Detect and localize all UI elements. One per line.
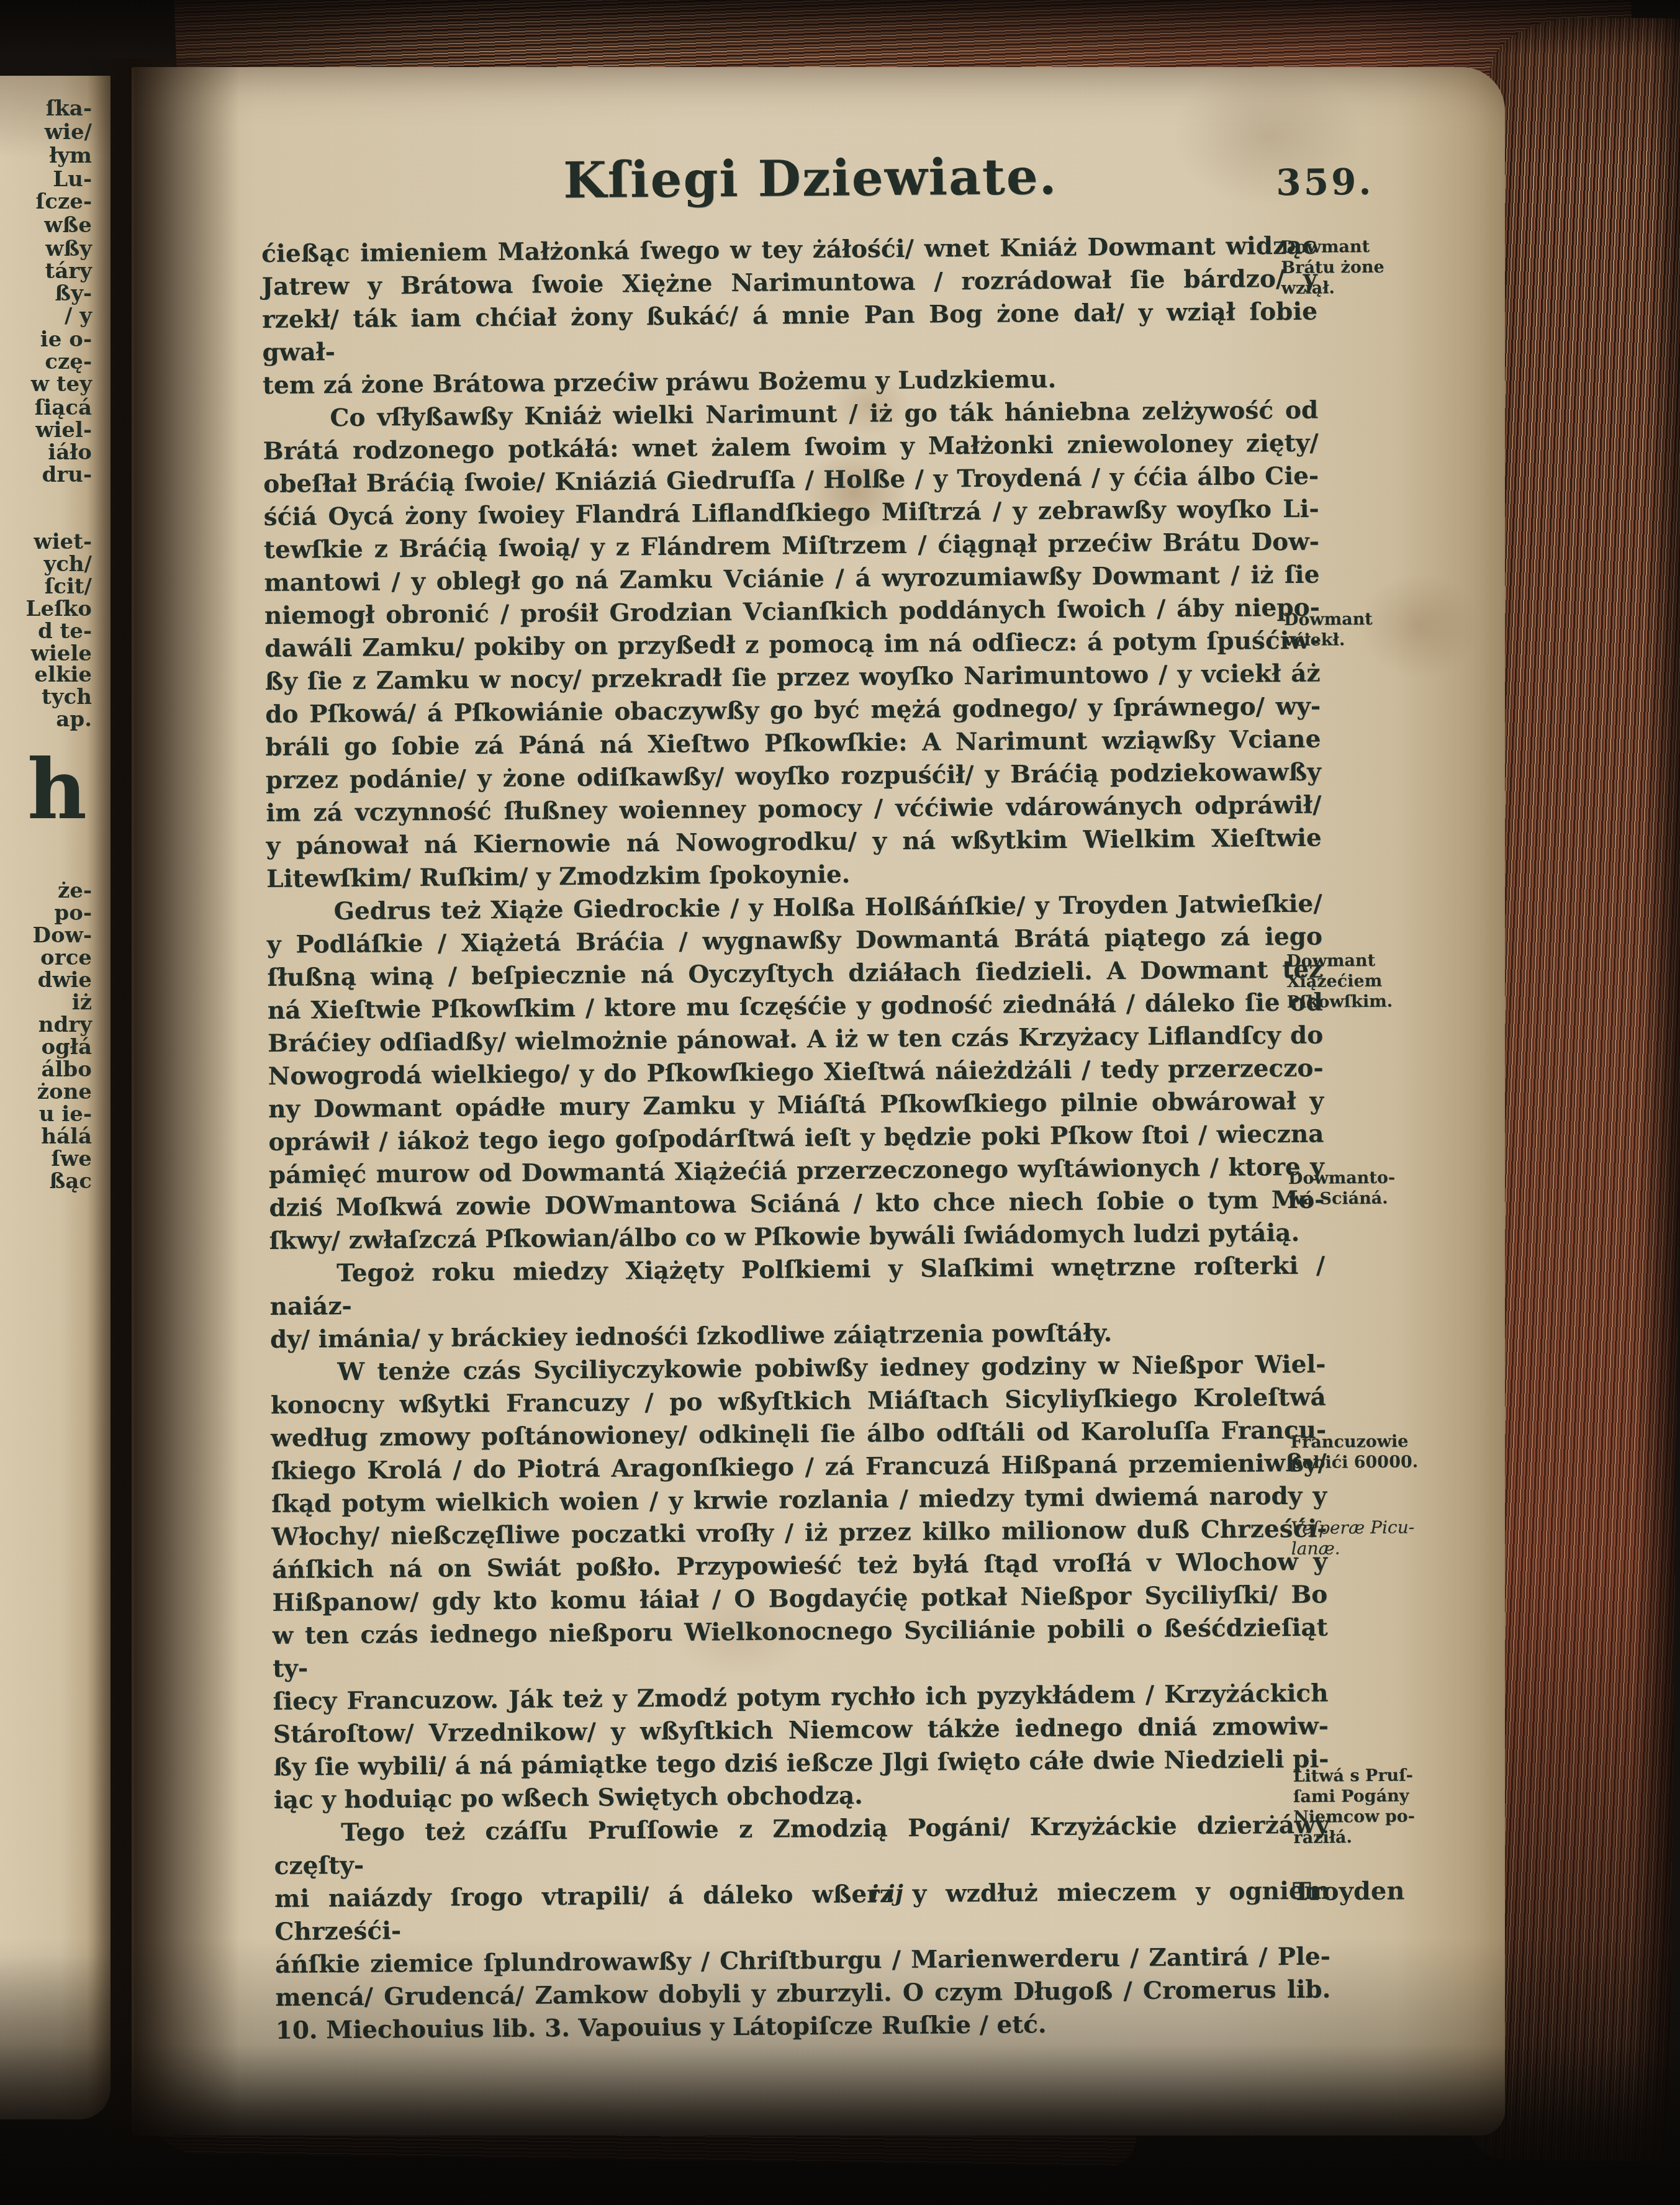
margin-note-line: Francuzowie: [1290, 1431, 1489, 1453]
margin-note-line: ráziłá.: [1293, 1826, 1492, 1849]
margin-note: Veſperæ Picu-lanæ.: [1291, 1517, 1490, 1559]
margin-note-line: Dowmant: [1284, 608, 1483, 631]
facing-page-text-fragment: wiet-: [34, 531, 92, 553]
margin-note-line: lanæ.: [1291, 1537, 1490, 1559]
facing-page-text-fragment: wie/: [45, 121, 92, 143]
facing-page-text-fragment: ſwe: [51, 1148, 92, 1170]
margin-note: Dowmanto-wá Sciáná.: [1288, 1167, 1488, 1210]
facing-page-text-fragment: táry: [45, 260, 92, 282]
margin-note: Dowmantvćiekł.: [1284, 608, 1483, 651]
page-content: Kſiegi Dziewiate. 359. ćießąc imieniem M…: [124, 61, 1513, 2140]
facing-page-text-fragment: ndry: [38, 1014, 92, 1036]
gathering-signature-mark: i ij: [870, 1880, 903, 1906]
facing-page-text-fragment: Lu-: [53, 168, 92, 191]
facing-page-text-fragment: ßąc: [49, 1170, 92, 1193]
facing-page-text-fragment: Dow-: [32, 924, 92, 947]
facing-page-text-fragment: ogłá: [41, 1036, 92, 1058]
facing-page-text-fragment: dru-: [42, 464, 92, 486]
facing-page-text-fragment: po-: [54, 902, 92, 924]
facing-page-text-fragment: h: [27, 749, 87, 831]
margin-note-line: Litwá s Pruſ-: [1293, 1765, 1491, 1787]
facing-page-text-fragment: łym: [49, 145, 92, 167]
facing-page-text-fragment: ſcze-: [36, 191, 92, 213]
facing-page-text-fragment: álbo: [42, 1058, 92, 1081]
facing-page-text-fragment: czę-: [45, 351, 92, 373]
facing-page-text-fragment: u ie-: [39, 1103, 92, 1125]
margin-note-line: Brátu żone: [1281, 256, 1479, 279]
margin-note-line: pobići 60000.: [1290, 1451, 1489, 1474]
margin-note: DowmantBrátu żonewziął.: [1281, 236, 1480, 299]
facing-page-text-fragment: orce: [40, 947, 92, 969]
margin-note: Litwá s Pruſ-ſami PogányNiemcow po-ráził…: [1293, 1765, 1492, 1849]
facing-page-text-fragment: że-: [58, 880, 92, 902]
facing-page-text-fragment: wiel-: [35, 419, 92, 441]
facing-page-text-fragment: ßy-: [55, 282, 92, 305]
facing-page-text-fragment: ſiącá: [35, 397, 92, 419]
margin-note-line: ſami Pogány: [1293, 1785, 1492, 1808]
margin-note-line: Veſperæ Picu-: [1291, 1517, 1489, 1539]
margin-note-line: Pſkowſkim.: [1287, 991, 1486, 1013]
facing-page-text-fragment: tych: [42, 686, 92, 708]
facing-page-text-fragment: wße: [44, 214, 92, 237]
margin-notes: DowmantBrátu żonewziął.Dowmantvćiekł.Dow…: [124, 61, 1513, 2140]
facing-page-text-fragment: ap.: [56, 708, 92, 731]
margin-note-line: Dowmanto-: [1288, 1167, 1487, 1189]
facing-page-text-fragment: iż: [72, 991, 92, 1014]
book-page: Kſiegi Dziewiate. 359. ćießąc imieniem M…: [132, 67, 1505, 2135]
facing-page-sliver: ſka-wie/łymLu-ſcze-wßewßytáryßy-/ yie o-…: [0, 76, 111, 2119]
facing-page-text-fragment: wiele: [31, 643, 92, 665]
margin-note-line: wá Sciáná.: [1288, 1188, 1487, 1210]
catchword: Troyden: [1293, 1877, 1405, 1906]
margin-note-line: Niemcow po-: [1293, 1806, 1492, 1828]
facing-page-text-fragment: w tey: [31, 373, 92, 395]
left-page-fragments: ſka-wie/łymLu-ſcze-wßewßytáryßy-/ yie o-…: [0, 76, 111, 2119]
facing-page-text-fragment: żone: [37, 1081, 92, 1103]
margin-note-line: Xiążećiem: [1286, 970, 1485, 993]
facing-page-text-fragment: dwie: [37, 969, 92, 991]
margin-note: DowmantXiążećiemPſkowſkim.: [1286, 950, 1486, 1013]
margin-note-line: wziął.: [1281, 277, 1480, 299]
facing-page-text-fragment: elkie: [34, 664, 92, 686]
facing-page-text-fragment: d te-: [38, 620, 92, 643]
facing-page-text-fragment: / y: [65, 305, 92, 327]
signature-row: i ij Troyden: [274, 1877, 1367, 1929]
facing-page-text-fragment: hálá: [41, 1125, 92, 1148]
facing-page-text-fragment: ych/: [43, 553, 92, 575]
margin-note-line: vćiekł.: [1284, 629, 1483, 651]
facing-page-text-fragment: Leſko: [26, 598, 92, 620]
facing-page-text-fragment: ſcit/: [45, 575, 92, 598]
facing-page-text-fragment: ſka-: [46, 97, 92, 120]
margin-note-line: Dowmant: [1281, 236, 1479, 258]
facing-page-text-fragment: ie o-: [40, 328, 92, 351]
facing-page-text-fragment: wßy: [45, 238, 92, 260]
margin-note-line: Dowmant: [1286, 950, 1485, 972]
book-scan-scene: ſka-wie/łymLu-ſcze-wßewßytáryßy-/ yie o-…: [0, 0, 1680, 2205]
margin-note: Francuzowiepobići 60000.: [1290, 1431, 1489, 1474]
facing-page-text-fragment: iáło: [48, 441, 92, 464]
